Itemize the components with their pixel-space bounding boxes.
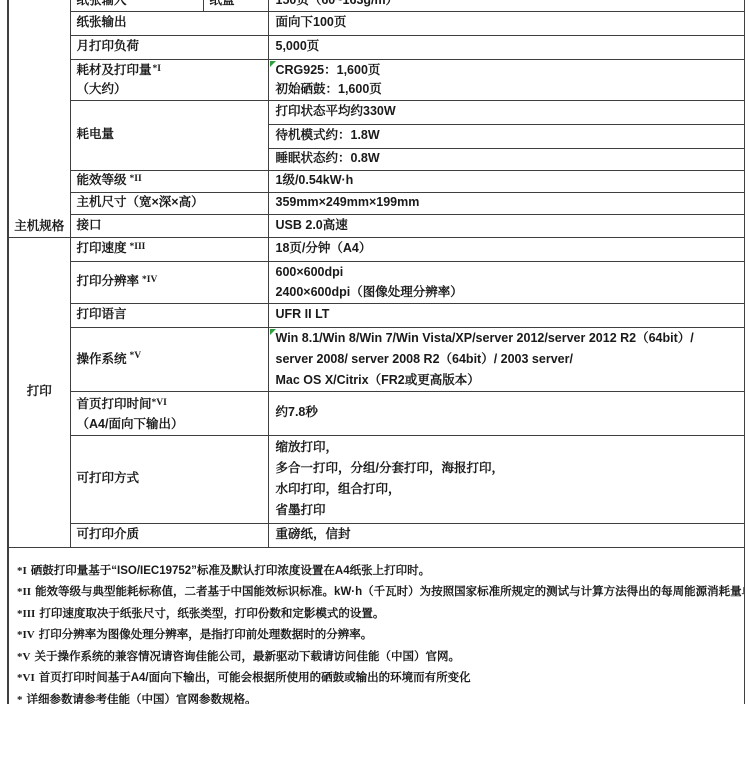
section-label-host: 主机规格 <box>8 0 70 237</box>
print-modes-line3: 水印打印，组合打印， <box>276 479 743 500</box>
os-value-line3: Mac OS X/Citrix（FR2或更高版本） <box>276 370 743 391</box>
row-resolution: 打印分辨率*IV 600×600dpi 2400×600dpi（图像处理分辨率） <box>8 261 745 303</box>
footnote-1-text: 硒鼓打印量基于“ISO/IEC19752”标准及默认打印浓度设置在A4纸张上打印… <box>31 565 430 577</box>
spec-label-os: 操作系统*V <box>70 327 268 391</box>
spec-label-interface: 接口 <box>70 214 268 237</box>
spec-value-power-printing: 打印状态平均约330W <box>268 100 745 124</box>
footnote-1: *I硒鼓打印量基于“ISO/IEC19752”标准及默认打印浓度设置在A4纸张上… <box>17 561 736 583</box>
spec-value-media: 重磅纸，信封 <box>268 523 745 547</box>
footnote-mark-2: *II <box>130 174 142 184</box>
row-interface: 接口 USB 2.0高速 <box>8 214 745 237</box>
footnote-6-text: 首页打印时间基于A4/面向下输出，可能会根据所使用的硒鼓或输出的环境而有所变化 <box>39 672 471 684</box>
spec-label-power: 耗电量 <box>70 100 268 170</box>
row-energy-rating: 能效等级*II 1级/0.54kW·h <box>8 170 745 192</box>
footnote-mark-4: *IV <box>142 275 157 285</box>
row-media: 可打印介质 重磅纸，信封 <box>8 523 745 547</box>
energy-rating-text: 能效等级 <box>77 173 127 187</box>
footnote-mark-6: *VI <box>152 398 167 408</box>
spec-value-interface: USB 2.0高速 <box>268 214 745 237</box>
resolution-value-line1: 600×600dpi <box>276 262 743 282</box>
spec-value-first-print-time: 约7.8秒 <box>268 391 745 435</box>
row-first-print-time: 首页打印时间*VI （A4/面向下输出） 约7.8秒 <box>8 391 745 435</box>
spec-value-print-speed: 18页/分钟（A4） <box>268 237 745 261</box>
cell-flag-icon <box>270 329 276 335</box>
row-os: 操作系统*V Win 8.1/Win 8/Win 7/Win Vista/XP/… <box>8 327 745 391</box>
consumables-label-line2: （大约） <box>77 80 266 99</box>
spec-sheet-page: 主机规格 纸张输入 纸盒 150页（60~163g/m） 纸张输出 面向下100… <box>0 0 750 772</box>
spec-value-paper-output: 面向下100页 <box>268 11 745 35</box>
os-text: 操作系统 <box>77 352 127 366</box>
footnote-3-text: 打印速度取决于纸张尺寸，纸张类型，打印份数和定影模式的设置。 <box>39 608 384 620</box>
spec-value-os: Win 8.1/Win 8/Win 7/Win Vista/XP/server … <box>268 327 745 391</box>
print-modes-line2: 多合一打印，分组/分套打印，海报打印， <box>276 458 743 479</box>
row-paper-output: 纸张输出 面向下100页 <box>8 11 745 35</box>
footnote-5-text: 关于操作系统的兼容情况请咨询佳能公司，最新驱动下载请访问佳能（中国）官网。 <box>34 651 460 663</box>
spec-label-consumables: 耗材及打印量*I （大约） <box>70 59 268 100</box>
print-modes-line4: 省墨打印 <box>276 500 743 521</box>
spec-label-dimensions: 主机尺寸（宽×深×高） <box>70 192 268 214</box>
row-consumables: 耗材及打印量*I （大约） CRG925：1,600页 初始硒鼓：1,600页 <box>8 59 745 100</box>
footnote-4-text: 打印分辨率为图像处理分辨率，是指打印前处理数据时的分辨率。 <box>39 629 373 641</box>
row-dimensions: 主机尺寸（宽×深×高） 359mm×249mm×199mm <box>8 192 745 214</box>
os-value-line2: server 2008/ server 2008 R2（64bit）/ 2003… <box>276 349 743 370</box>
row-power-print: 耗电量 打印状态平均约330W <box>8 100 745 124</box>
footnote-2: *II能效等级与典型能耗标称值，二者基于中国能效标识标准。kW·h（千瓦时）为按… <box>17 582 736 604</box>
row-monthly-volume: 月打印负荷 5,000页 <box>8 35 745 59</box>
row-print-modes: 可打印方式 缩放打印， 多合一打印，分组/分套打印，海报打印， 水印打印，组合打… <box>8 435 745 523</box>
spec-label-monthly-volume: 月打印负荷 <box>70 35 268 59</box>
first-print-time-label-line2: （A4/面向下输出） <box>77 414 266 434</box>
spec-value-resolution: 600×600dpi 2400×600dpi（图像处理分辨率） <box>268 261 745 303</box>
footnote-mark-3: *III <box>130 242 146 252</box>
spec-label-media: 可打印介质 <box>70 523 268 547</box>
footnote-4: *IV打印分辨率为图像处理分辨率，是指打印前处理数据时的分辨率。 <box>17 625 736 647</box>
resolution-text: 打印分辨率 <box>77 274 140 288</box>
spec-label-print-language: 打印语言 <box>70 303 268 327</box>
spec-value-consumables: CRG925：1,600页 初始硒鼓：1,600页 <box>268 59 745 100</box>
section-label-print: 打印 <box>8 237 70 547</box>
spec-value-dimensions: 359mm×249mm×199mm <box>268 192 745 214</box>
spec-value-print-modes: 缩放打印， 多合一打印，分组/分套打印，海报打印， 水印打印，组合打印， 省墨打… <box>268 435 745 523</box>
consumables-value-line2: 初始硒鼓：1,600页 <box>276 80 743 99</box>
spec-value-power-standby: 待机模式约：1.8W <box>268 124 745 148</box>
spec-label-paper-input: 纸张输入 <box>70 0 203 11</box>
spec-label-print-modes: 可打印方式 <box>70 435 268 523</box>
spec-value-print-language: UFR II LT <box>268 303 745 327</box>
row-print-language: 打印语言 UFR II LT <box>8 303 745 327</box>
spec-value-power-sleep: 睡眠状态约：0.8W <box>268 148 745 170</box>
footnote-2-text: 能效等级与典型能耗标称值，二者基于中国能效标识标准。kW·h（千瓦时）为按照国家… <box>35 586 745 598</box>
spec-value-monthly-volume: 5,000页 <box>268 35 745 59</box>
spec-sublabel-paper-tray: 纸盒 <box>203 0 268 11</box>
footnote-7-text: 详细参数请参考佳能（中国）官网参数规格。 <box>27 694 257 705</box>
section-print-text: 打印 <box>27 384 52 398</box>
print-speed-text: 打印速度 <box>77 241 127 255</box>
spec-label-paper-output: 纸张输出 <box>70 11 268 35</box>
footnotes-block: *I硒鼓打印量基于“ISO/IEC19752”标准及默认打印浓度设置在A4纸张上… <box>8 547 745 704</box>
print-modes-line1: 缩放打印， <box>276 437 743 458</box>
footnote-5: *V关于操作系统的兼容情况请咨询佳能公司，最新驱动下载请访问佳能（中国）官网。 <box>17 647 736 669</box>
section-host-text: 主机规格 <box>14 219 64 233</box>
resolution-value-line2: 2400×600dpi（图像处理分辨率） <box>276 282 743 302</box>
spec-label-print-speed: 打印速度*III <box>70 237 268 261</box>
row-footnotes: *I硒鼓打印量基于“ISO/IEC19752”标准及默认打印浓度设置在A4纸张上… <box>8 547 745 704</box>
row-paper-input: 主机规格 纸张输入 纸盒 150页（60~163g/m） <box>8 0 745 11</box>
first-print-time-text: 首页打印时间 <box>77 397 152 411</box>
os-value-line1: Win 8.1/Win 8/Win 7/Win Vista/XP/server … <box>276 328 743 349</box>
row-print-speed: 打印 打印速度*III 18页/分钟（A4） <box>8 237 745 261</box>
consumables-label-text: 耗材及打印量 <box>77 63 152 77</box>
footnote-7: *详细参数请参考佳能（中国）官网参数规格。 <box>17 690 736 705</box>
spec-table: 主机规格 纸张输入 纸盒 150页（60~163g/m） 纸张输出 面向下100… <box>7 0 745 704</box>
cell-flag-icon <box>270 61 276 67</box>
spec-value-paper-input: 150页（60~163g/m） <box>268 0 745 11</box>
footnote-3: *III打印速度取决于纸张尺寸，纸张类型，打印份数和定影模式的设置。 <box>17 604 736 626</box>
spec-label-first-print-time: 首页打印时间*VI （A4/面向下输出） <box>70 391 268 435</box>
consumables-value-line1: CRG925：1,600页 <box>276 61 743 80</box>
footnote-6: *VI首页打印时间基于A4/面向下输出，可能会根据所使用的硒鼓或输出的环境而有所… <box>17 668 736 690</box>
spec-table-container: 主机规格 纸张输入 纸盒 150页（60~163g/m） 纸张输出 面向下100… <box>7 0 745 704</box>
footnote-mark-1: *I <box>153 64 161 74</box>
spec-label-resolution: 打印分辨率*IV <box>70 261 268 303</box>
spec-label-energy-rating: 能效等级*II <box>70 170 268 192</box>
footnote-mark-5: *V <box>130 351 142 361</box>
spec-value-energy-rating: 1级/0.54kW·h <box>268 170 745 192</box>
